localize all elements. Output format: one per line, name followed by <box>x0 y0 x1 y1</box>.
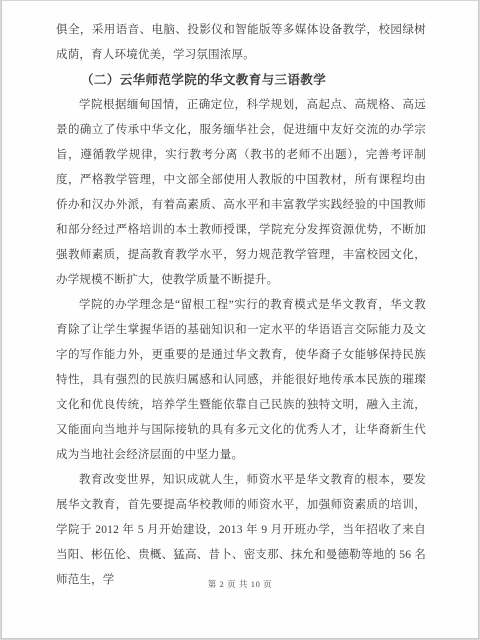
document-page: 俱全，采用语音、电脑、投影仪和智能版等多媒体设备教学，校园绿树成荫，育人环境优美… <box>1 0 479 639</box>
paragraph: 学院根据缅甸国情，正确定位，科学规划，高起点、高规格、高远景的确立了传承中华文化… <box>56 93 426 293</box>
paragraph: 教育改变世界，知识成就人生，师资水平是华文教育的根本，要发展华文教育，首先要提高… <box>56 468 426 593</box>
paragraph: 学院的办学理念是“留根工程”实行的教育模式是华文教育，华文教育除了让学生掌握华语… <box>56 293 426 468</box>
page-number-footer: 第 2 页 共 10 页 <box>2 578 478 590</box>
section-heading: （二）云华师范学院的华文教育与三语教学 <box>56 68 426 93</box>
document-body: 俱全，采用语音、电脑、投影仪和智能版等多媒体设备教学，校园绿树成荫，育人环境优美… <box>56 18 426 593</box>
paragraph-continued: 俱全，采用语音、电脑、投影仪和智能版等多媒体设备教学，校园绿树成荫，育人环境优美… <box>56 18 426 68</box>
